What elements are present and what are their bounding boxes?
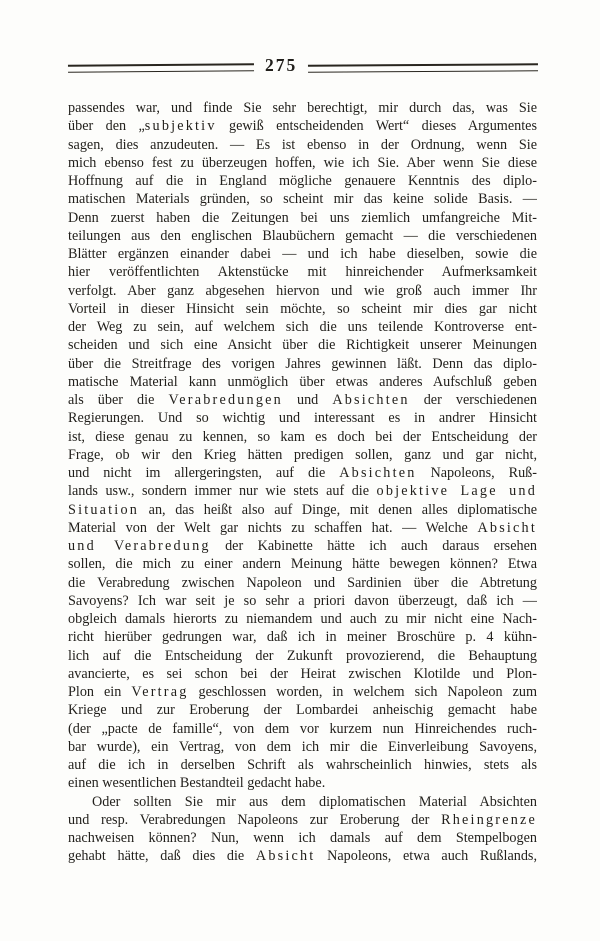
text-line: über den „subjektiv gewiß entscheidenden… xyxy=(68,117,537,135)
text-segment: Frage, ob wir den Krieg hätten predigen … xyxy=(68,447,537,463)
text-segment: avancierte, es sei schon bei der Heirat … xyxy=(68,666,537,682)
text-segment: nachweisen können? Nun, wenn ich damals … xyxy=(68,830,537,846)
letterspaced-emphasis: Situation xyxy=(68,502,139,518)
text-segment: der verschiedenen xyxy=(410,392,537,408)
text-line: Situation an, das heißt also auf Dinge, … xyxy=(68,501,537,519)
text-segment: sagen, dies anzudeuten. — Es ist ebenso … xyxy=(68,137,537,153)
text-line: Blätter ergänzen einander dabei — und ic… xyxy=(68,245,537,263)
text-line: scheiden und sich eine Ansicht über die … xyxy=(68,336,537,354)
text-segment: Oder sollten Sie mir aus dem diplomatisc… xyxy=(92,794,537,810)
text-segment: sollen, die mich zu einer andern Meinung… xyxy=(68,556,537,572)
text-line: teilungen aus den englischen Blaubüchern… xyxy=(68,227,537,245)
text-line: auf die ich in derselben Schrift als wah… xyxy=(68,756,537,774)
text-line: sagen, dies anzudeuten. — Es ist ebenso … xyxy=(68,136,537,154)
text-line: Savoyens? Ich war seit je so sehr a prio… xyxy=(68,592,537,610)
text-segment: über die Streitfrage des vorigen Jahres … xyxy=(68,356,537,372)
text-segment: Blätter ergänzen einander dabei — und ic… xyxy=(68,246,537,262)
letterspaced-emphasis: Verabredungen xyxy=(168,392,283,408)
text-segment: Plon ein xyxy=(68,684,131,700)
text-segment: passendes war, und finde Sie sehr berech… xyxy=(68,100,537,116)
text-segment: matischen Materials gründen, so scheint … xyxy=(68,191,537,207)
text-segment: Regierungen. Und so wichtig und interess… xyxy=(68,410,537,426)
text-line: sollen, die mich zu einer andern Meinung… xyxy=(68,555,537,573)
text-line: obgleich damals hierorts zu niemandem un… xyxy=(68,610,537,628)
text-line: und resp. Verabredungen Napoleons zur Er… xyxy=(68,811,537,829)
text-line: lich auf die Entscheidung der Zukunft pr… xyxy=(68,647,537,665)
text-block: passendes war, und finde Sie sehr berech… xyxy=(68,99,537,866)
text-line: ist, diese genau zu kennen, so kam es do… xyxy=(68,428,537,446)
text-line: die Verabredung zwischen Napoleon und Sa… xyxy=(68,574,537,592)
text-segment: lands usw., sondern immer nur wie stets … xyxy=(68,483,377,499)
letterspaced-emphasis: subjektiv xyxy=(145,118,217,134)
text-line: matische Material kann unmöglich über et… xyxy=(68,373,537,391)
text-line: hier veröffentlichten Aktenstücke mit hi… xyxy=(68,263,537,281)
text-line: und nicht im allergeringsten, auf die Ab… xyxy=(68,464,537,482)
text-segment: (der „pacte de famille“, von dem vor kur… xyxy=(68,721,537,737)
text-segment: über den „ xyxy=(68,118,145,134)
text-line: über die Streitfrage des vorigen Jahres … xyxy=(68,355,537,373)
text-segment: Napoleons, Ruß- xyxy=(417,465,537,481)
text-segment: der Weg zu sein, auf welchem sich die un… xyxy=(68,319,537,335)
text-segment: Denn zuerst haben die Zeitungen bei uns … xyxy=(68,210,537,226)
text-line: bar wurde), ein Vertrag, von dem ich mir… xyxy=(68,738,537,756)
text-line: (der „pacte de famille“, von dem vor kur… xyxy=(68,720,537,738)
text-segment: Savoyens? Ich war seit je so sehr a prio… xyxy=(68,593,537,609)
text-line: Oder sollten Sie mir aus dem diplomatisc… xyxy=(68,793,537,811)
text-line: Regierungen. Und so wichtig und interess… xyxy=(68,409,537,427)
text-line: als über die Verabredungen und Absichten… xyxy=(68,391,537,409)
text-line: Denn zuerst haben die Zeitungen bei uns … xyxy=(68,209,537,227)
text-line: avancierte, es sei schon bei der Heirat … xyxy=(68,665,537,683)
text-line: der Weg zu sein, auf welchem sich die un… xyxy=(68,318,537,336)
text-segment: als über die xyxy=(68,392,168,408)
text-line: und Verabredung der Kabinette hätte ich … xyxy=(68,537,537,555)
paragraph: Oder sollten Sie mir aus dem diplomatisc… xyxy=(68,793,537,866)
letterspaced-emphasis: Absichten xyxy=(339,465,416,481)
text-segment: auf die ich in derselben Schrift als wah… xyxy=(68,757,537,773)
text-segment: Hoffnung auf die in England mögliche gen… xyxy=(68,173,537,189)
text-segment: obgleich damals hierorts zu niemandem un… xyxy=(68,611,537,627)
text-line: nachweisen können? Nun, wenn ich damals … xyxy=(68,829,537,847)
text-segment: mich ebenso fest zu überzeugen hoffen, w… xyxy=(68,155,537,171)
text-line: Vorteil in dieser Hinsicht sein möchte, … xyxy=(68,300,537,318)
text-segment: lich auf die Entscheidung der Zukunft pr… xyxy=(68,648,537,664)
header-rule-left xyxy=(68,63,254,73)
text-segment: die Verabredung zwischen Napoleon und Sa… xyxy=(68,575,537,591)
running-head: 275 xyxy=(0,0,600,78)
text-line: matischen Materials gründen, so scheint … xyxy=(68,190,537,208)
page-number: 275 xyxy=(265,55,297,76)
letterspaced-emphasis: und Verabredung xyxy=(68,538,211,554)
text-segment: geschlossen worden, in welchem sich Napo… xyxy=(189,684,537,700)
text-segment: der Kabinette hätte ich auch daraus erse… xyxy=(211,538,537,554)
text-segment: Napoleons, etwa auch Rußlands, xyxy=(315,848,537,864)
text-line: mich ebenso fest zu überzeugen hoffen, w… xyxy=(68,154,537,172)
text-line: Material von der Welt gar nichts zu scha… xyxy=(68,519,537,537)
text-line: gehabt hätte, daß dies die Absicht Napol… xyxy=(68,847,537,865)
text-segment: gewiß entscheidenden Wert“ dieses Argume… xyxy=(217,118,537,134)
text-segment: Material von der Welt gar nichts zu scha… xyxy=(68,520,477,536)
text-segment: an, das heißt also auf Dinge, mit denen … xyxy=(139,502,537,518)
text-segment: gehabt hätte, daß dies die xyxy=(68,848,256,864)
text-segment: verfolgt. Aber ganz abgesehen hiervon un… xyxy=(68,283,537,299)
header-rule-right xyxy=(308,63,538,72)
text-segment: richt hierüber gedrungen war, daß ich in… xyxy=(68,629,537,645)
text-line: Frage, ob wir den Krieg hätten predigen … xyxy=(68,446,537,464)
text-line: passendes war, und finde Sie sehr berech… xyxy=(68,99,537,117)
letterspaced-emphasis: Absicht xyxy=(256,848,316,864)
letterspaced-emphasis: Vertrag xyxy=(131,684,188,700)
text-line: lands usw., sondern immer nur wie stets … xyxy=(68,482,537,500)
text-segment: und resp. Verabredungen Napoleons zur Er… xyxy=(68,812,441,828)
text-segment: Kriege und zur Eroberung der Lombardei a… xyxy=(68,702,537,718)
text-line: Plon ein Vertrag geschlossen worden, in … xyxy=(68,683,537,701)
text-segment: matische Material kann unmöglich über et… xyxy=(68,374,537,390)
letterspaced-emphasis: Absicht xyxy=(477,520,537,536)
text-line: verfolgt. Aber ganz abgesehen hiervon un… xyxy=(68,282,537,300)
text-segment: Vorteil in dieser Hinsicht sein möchte, … xyxy=(68,301,537,317)
text-line: Kriege und zur Eroberung der Lombardei a… xyxy=(68,701,537,719)
text-segment: scheiden und sich eine Ansicht über die … xyxy=(68,337,537,353)
text-line: richt hierüber gedrungen war, daß ich in… xyxy=(68,628,537,646)
text-segment: teilungen aus den englischen Blaubüchern… xyxy=(68,228,537,244)
paragraph: passendes war, und finde Sie sehr berech… xyxy=(68,99,537,793)
text-line: Hoffnung auf die in England mögliche gen… xyxy=(68,172,537,190)
text-segment: ist, diese genau zu kennen, so kam es do… xyxy=(68,429,537,445)
letterspaced-emphasis: objektive Lage und xyxy=(377,483,537,499)
book-page: 275 passendes war, und finde Sie sehr be… xyxy=(0,0,600,941)
text-segment: und xyxy=(283,392,332,408)
letterspaced-emphasis: Absichten xyxy=(332,392,409,408)
letterspaced-emphasis: Rheingrenze xyxy=(441,812,537,828)
text-segment: einen wesentlichen Bestandteil gedacht h… xyxy=(68,775,325,791)
text-segment: hier veröffentlichten Aktenstücke mit hi… xyxy=(68,264,537,280)
text-segment: und nicht im allergeringsten, auf die xyxy=(68,465,339,481)
text-segment: bar wurde), ein Vertrag, von dem ich mir… xyxy=(68,739,537,755)
text-line: einen wesentlichen Bestandteil gedacht h… xyxy=(68,774,537,792)
